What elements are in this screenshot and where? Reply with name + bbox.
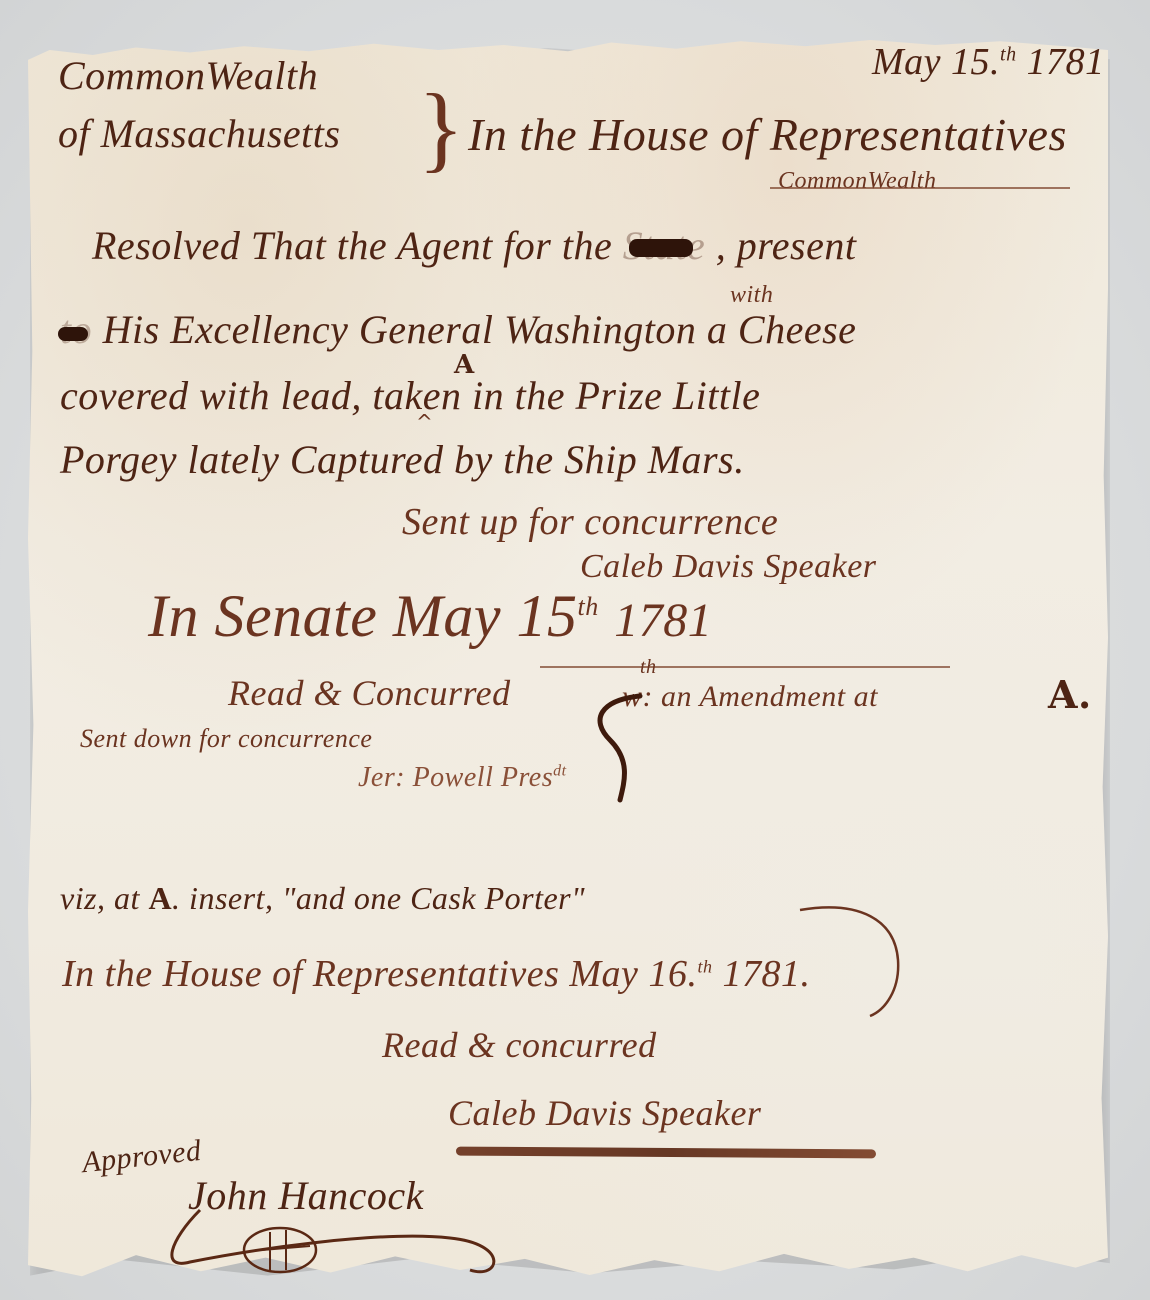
senate-heading-suffix: th bbox=[578, 592, 599, 621]
senate-heading-main: In Senate bbox=[148, 583, 377, 649]
senate-read-concurred: Read & Concurred bbox=[228, 672, 511, 714]
amendment-middle: . insert, bbox=[172, 880, 273, 916]
house-concurrence-suffix: th bbox=[697, 956, 712, 976]
amendment-prefix: viz, at bbox=[60, 880, 140, 916]
president-signature-sup: dt bbox=[553, 763, 566, 780]
house-concurrence-year: 1781. bbox=[722, 953, 810, 995]
house-concurrence-heading-main: In the House of Representatives May bbox=[62, 953, 638, 995]
jurisdiction-line-2: of Massachusetts bbox=[58, 110, 340, 157]
resolve-line-3-text: covered with lead, bbox=[60, 373, 362, 418]
resolve-line-1: Resolved That the Agent for the State , … bbox=[92, 222, 857, 269]
senate-amendment-marker: A. bbox=[1048, 672, 1092, 717]
interlineation-with: with bbox=[730, 282, 773, 309]
flourish-stroke bbox=[580, 690, 660, 810]
interlineation-commonwealth: CommonWealth bbox=[778, 168, 936, 195]
resolve-line-2-text: His Excellency General Washington bbox=[103, 307, 697, 352]
amendment-bracket-flourish bbox=[800, 900, 910, 1020]
resolve-line-2-end: a Cheese bbox=[707, 307, 857, 352]
ink-blot-strikeout bbox=[629, 239, 693, 257]
house-read-concurred: Read & concurred bbox=[382, 1024, 657, 1066]
header-date-suffix: th bbox=[1000, 43, 1017, 65]
amendment-quote: "and one Cask Porter" bbox=[282, 880, 585, 916]
house-concurrence-heading: In the House of Representatives May 16.t… bbox=[62, 952, 810, 996]
header-date-year: 1781 bbox=[1027, 41, 1105, 83]
senate-with-superscript: th bbox=[640, 656, 657, 679]
struck-to: to bbox=[60, 307, 103, 352]
header-date: May 15.th 1781 bbox=[872, 40, 1105, 84]
speaker-signature-2: Caleb Davis Speaker bbox=[448, 1092, 761, 1134]
curly-brace: } bbox=[418, 80, 464, 176]
senate-heading-date: May 15 bbox=[393, 583, 578, 649]
resolve-line-1-end: , present bbox=[716, 223, 857, 268]
interlineation-rule bbox=[770, 187, 1070, 189]
chamber-heading: In the House of Representatives bbox=[468, 108, 1067, 161]
speaker-signature-1: Caleb Davis Speaker bbox=[580, 548, 877, 586]
senate-heading-rule bbox=[540, 666, 950, 668]
senate-heading: In Senate May 15th 1781 bbox=[148, 582, 712, 651]
hancock-flourish bbox=[130, 1200, 550, 1290]
amendment-marker: A bbox=[148, 880, 172, 916]
senate-with-amendment-text: w: an Amendment at bbox=[622, 680, 878, 713]
scan-background: CommonWealth of Massachusetts } May 15.t… bbox=[0, 0, 1150, 1300]
resolve-line-2: to His Excellency General Washington a C… bbox=[60, 306, 856, 353]
house-concurrence-day: 16. bbox=[648, 953, 697, 995]
jurisdiction-line-1: CommonWealth bbox=[58, 52, 318, 99]
resolve-line-1-text: Resolved That the Agent for the bbox=[92, 223, 612, 268]
president-signature-text: Jer: Powell Pres bbox=[358, 762, 553, 793]
sent-down-for-concurrence: Sent down for concurrence bbox=[80, 724, 372, 754]
resolve-line-3: covered with lead, taken in the Prize Li… bbox=[60, 372, 760, 419]
ink-blot-strikeout-to bbox=[58, 327, 88, 341]
amendment-text: viz, at A. insert, "and one Cask Porter" bbox=[60, 880, 585, 917]
resolve-line-4: Porgey lately Captured by the Ship Mars. bbox=[60, 436, 745, 483]
senate-heading-year: 1781 bbox=[614, 594, 712, 647]
insertion-caret: ^ bbox=[416, 410, 433, 434]
header-date-day: May 15. bbox=[872, 41, 1000, 83]
senate-president-signature: Jer: Powell Presdt bbox=[358, 762, 567, 794]
senate-with-amendment: w: an Amendment at bbox=[622, 680, 878, 714]
struck-word-state: State bbox=[623, 223, 716, 268]
sent-up-for-concurrence: Sent up for concurrence bbox=[402, 500, 778, 544]
